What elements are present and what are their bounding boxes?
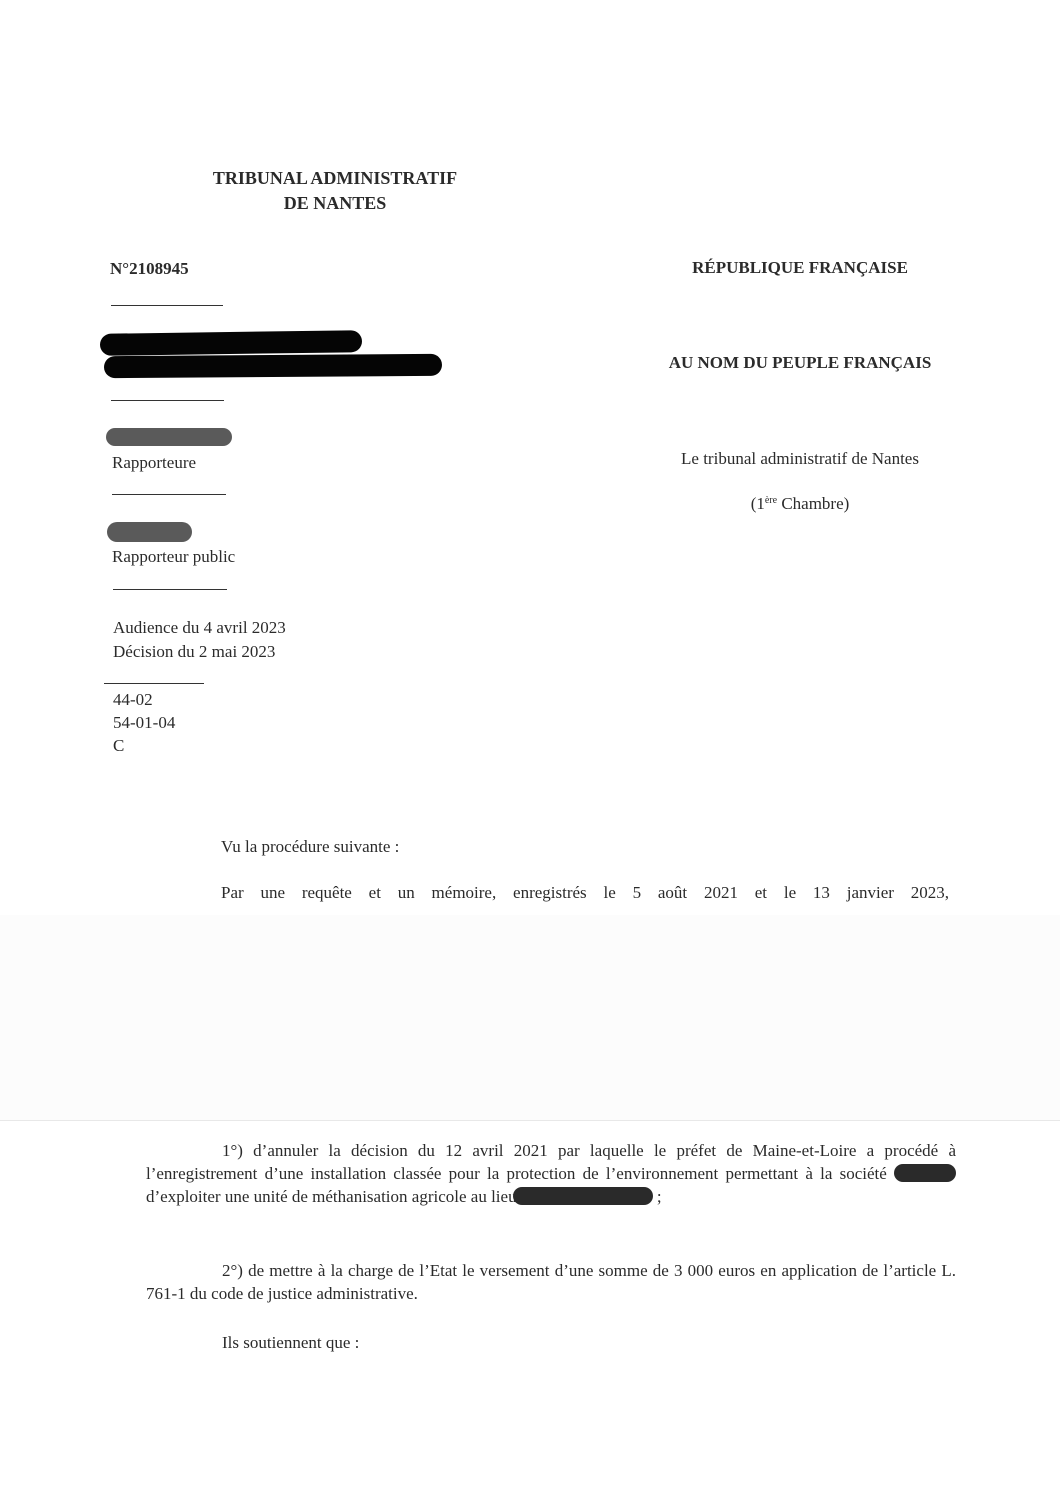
classification-code: 54-01-04 — [113, 711, 175, 734]
rapporteur-public-label: Rapporteur public — [112, 545, 235, 568]
redacted-parties — [104, 354, 442, 378]
procedure-heading: Vu la procédure suivante : — [221, 835, 399, 858]
decision-date: Décision du 2 mai 2023 — [113, 640, 275, 663]
classification-code: 44-02 — [113, 688, 153, 711]
claim-point-2: 2°) de mettre à la charge de l’Etat le v… — [146, 1259, 956, 1305]
request-paragraph: Par une requête et un mémoire, enregistr… — [221, 881, 949, 904]
case-number: N°2108945 — [110, 259, 189, 279]
divider — [104, 683, 204, 684]
divider — [111, 305, 223, 306]
court-title: TRIBUNAL ADMINISTRATIF DE NANTES — [150, 166, 520, 216]
court-title-line2: DE NANTES — [150, 191, 520, 216]
rapporteure-label: Rapporteure — [112, 451, 196, 474]
redacted-rapporteur-public-name — [107, 522, 192, 542]
tribunal-name: Le tribunal administratif de Nantes — [620, 449, 980, 469]
audience-date: Audience du 4 avril 2023 — [113, 616, 286, 639]
divider — [113, 589, 227, 590]
redacted-rapporteure-name — [106, 428, 232, 446]
claims-heading: Ils soutiennent que : — [222, 1331, 359, 1354]
in-name-of-people-heading: AU NOM DU PEUPLE FRANÇAIS — [620, 353, 980, 373]
divider — [111, 400, 224, 401]
redacted-company-name — [894, 1164, 956, 1182]
republic-heading: RÉPUBLIQUE FRANÇAISE — [620, 258, 980, 278]
redacted-place-name — [513, 1187, 653, 1205]
chamber: (1ère Chambre) — [620, 494, 980, 514]
redacted-parties — [100, 330, 362, 356]
court-title-line1: TRIBUNAL ADMINISTRATIF — [150, 166, 520, 191]
claim-point-1: 1°) d’annuler la décision du 12 avril 20… — [146, 1139, 956, 1208]
blank-redacted-region — [0, 915, 1060, 1121]
publication-code: C — [113, 734, 124, 757]
divider — [112, 494, 226, 495]
